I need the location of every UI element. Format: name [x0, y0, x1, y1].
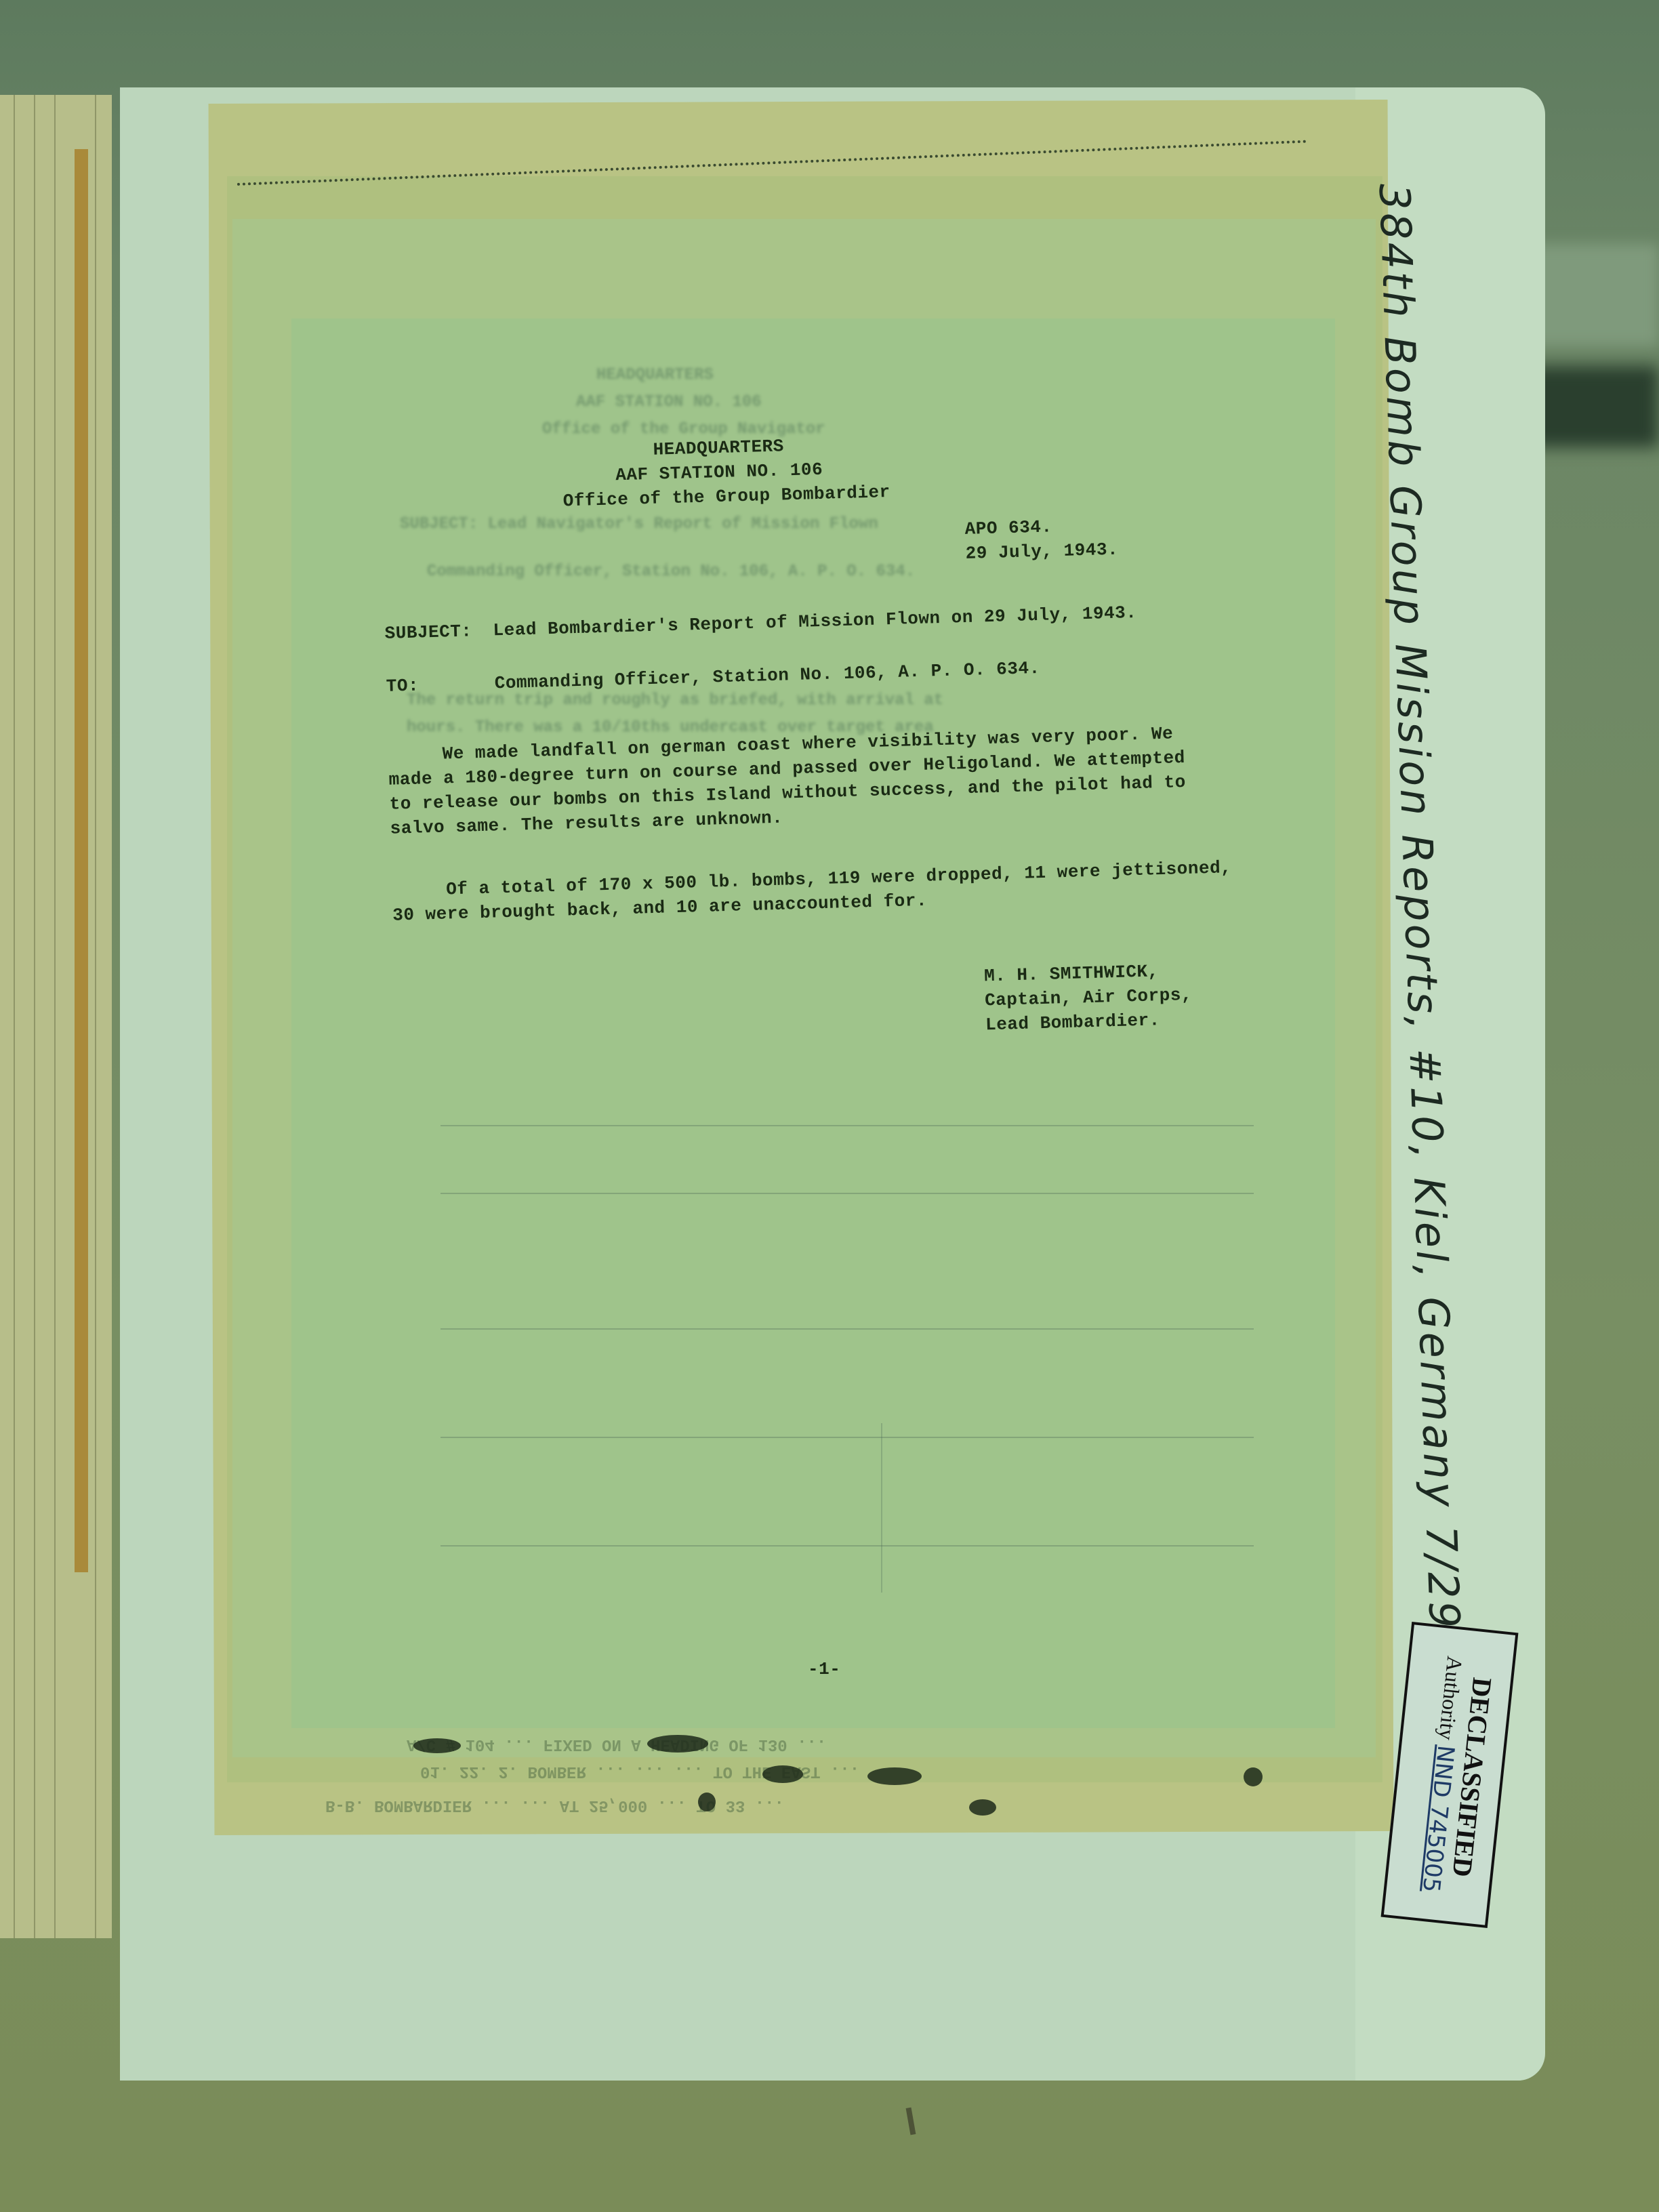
staple-mark: [413, 1738, 461, 1753]
signature-rank: Captain, Air Corps,: [985, 985, 1193, 1011]
faded-form-line: [441, 1328, 1254, 1330]
bleed-through-text: A/C # 104 ... FIXED ON A HEADING OF 130 …: [407, 1735, 826, 1753]
ghost-text: Commanding Officer, Station No. 106, A. …: [427, 562, 915, 581]
apo-number: APO 634.: [964, 516, 1052, 539]
faded-form-line: [441, 1125, 1254, 1126]
ghost-text: The return trip and roughly as briefed, …: [407, 691, 943, 710]
staple-mark: [698, 1793, 716, 1811]
faded-form-line: [441, 1437, 1254, 1438]
page-number: -1-: [808, 1659, 840, 1679]
document-date: 29 July, 1943.: [965, 539, 1118, 564]
staple-mark: [1244, 1767, 1263, 1786]
faded-form-line: [441, 1193, 1254, 1194]
ghost-text: SUBJECT: Lead Navigator's Report of Miss…: [400, 515, 878, 533]
faded-form-line: [441, 1545, 1254, 1547]
left-folder-stack: [0, 95, 112, 1938]
staple-mark: [647, 1735, 708, 1753]
faded-form-divider: [881, 1423, 882, 1593]
staple-mark: [969, 1799, 996, 1816]
left-folder-tab: [75, 149, 88, 1572]
staple-mark: [762, 1765, 803, 1783]
table-mark: [906, 2108, 916, 2135]
ghost-text: HEADQUARTERS: [596, 366, 714, 384]
ghost-text: AAF STATION NO. 106: [576, 393, 762, 411]
subject-label: SUBJECT:: [384, 621, 472, 644]
staple-mark: [867, 1767, 922, 1785]
signature-block: M. H. SMITHWICK, Captain, Air Corps, Lea…: [984, 960, 1193, 1036]
to-label: TO:: [386, 676, 419, 697]
